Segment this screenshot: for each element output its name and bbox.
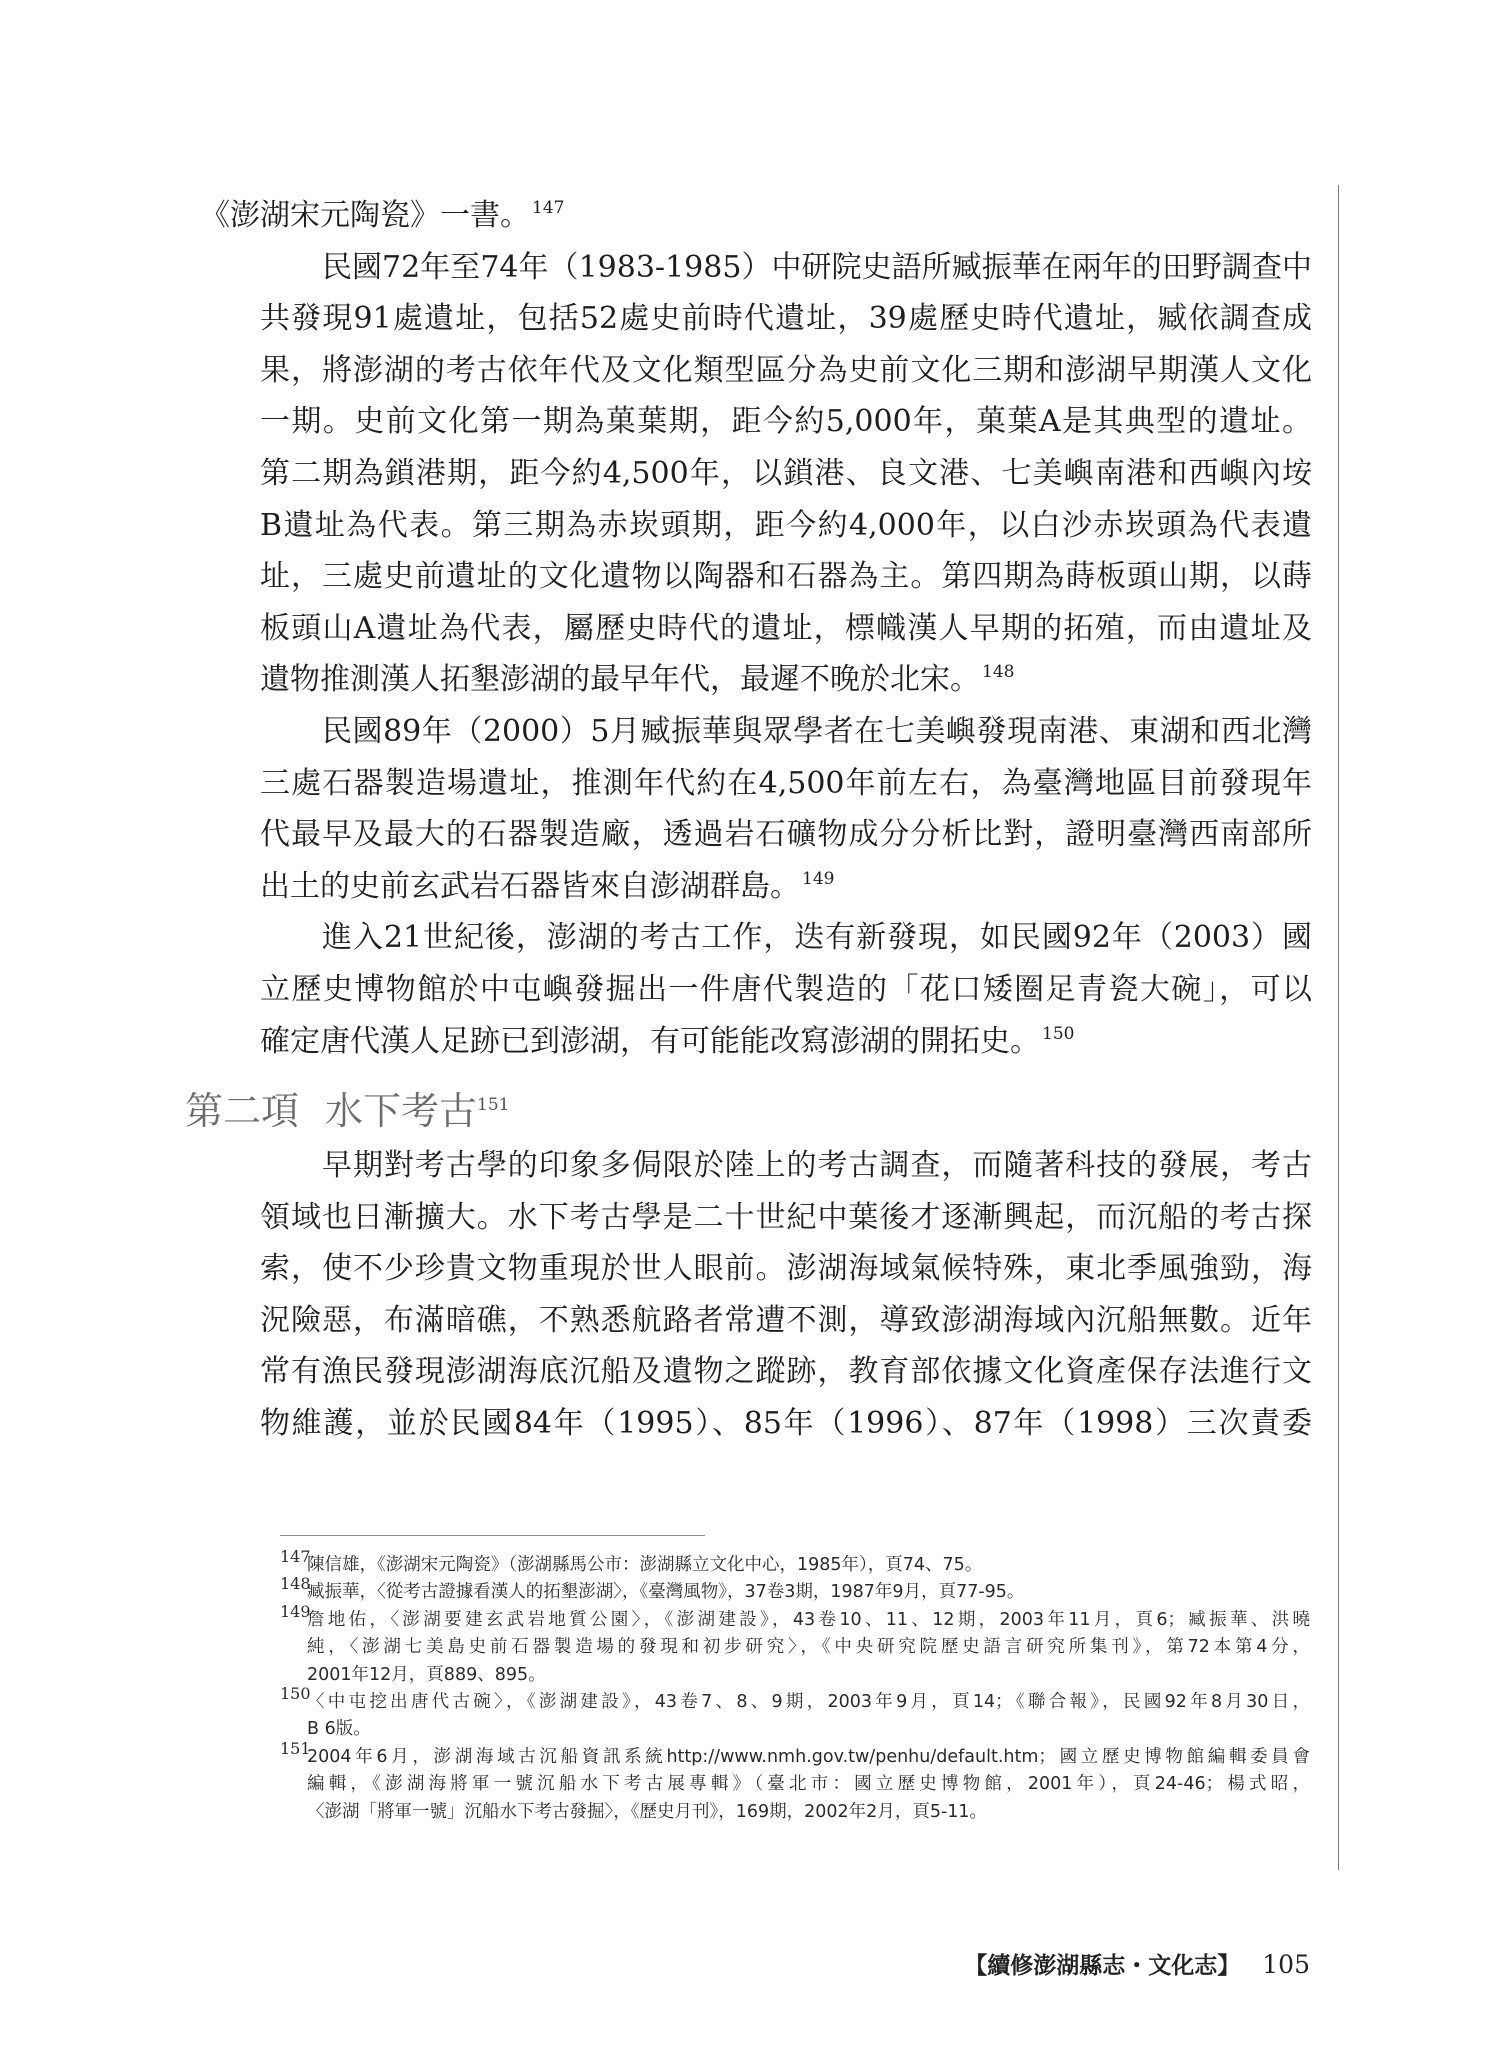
section-heading: 第二項水下考古151 [185,1086,509,1136]
footnote-ref-148[interactable]: 148 [982,662,1014,682]
line-text: 民國72年至74年（1983-1985）中研院史語所臧振華在兩年的田野調查中 [322,250,1312,285]
footnote-ref-151[interactable]: 151 [477,1095,509,1115]
text-line: 代最早及最大的石器製造廠，透過岩石礦物成分分析比對，證明臺灣西南部所 [260,809,1312,861]
footnote-text: 純，〈澎湖七美島史前石器製造場的發現和初步研究〉，《中央研究院歷史語言研究所集刊… [307,1634,1310,1661]
footnote-text: 詹地佑，〈澎湖要建玄武岩地質公園〉，《澎湖建設》，43卷10、11、12期，20… [307,1607,1310,1634]
line-text: B遺址為代表。第三期為赤崁頭期，距今約4,000年，以白沙赤崁頭為代表遺 [260,508,1312,543]
footnote-text: 2004年6月，澎湖海域古沉船資訊系統http://www.nmh.gov.tw… [307,1744,1310,1771]
text-line: 民國72年至74年（1983-1985）中研院史語所臧振華在兩年的田野調查中 [260,242,1312,294]
footnote-text: 編輯，《澎湖海將軍一號沉船水下考古展專輯》（臺北市：國立歷史博物館，2001年）… [307,1771,1310,1798]
text-line: 遺物推測漢人拓墾澎湖的最早年代，最遲不晚於北宋。148 [260,654,1312,706]
margin-rule [1338,185,1339,1870]
footnote-149: 149詹地佑，〈澎湖要建玄武岩地質公園〉，《澎湖建設》，43卷10、11、12期… [280,1607,1310,1689]
text-line: 共發現91處遺址，包括52處史前時代遺址，39處歷史時代遺址，臧依調查成 [260,293,1312,345]
footnote-divider [280,1535,705,1536]
line-text: 出土的史前玄武岩石器皆來自澎湖群島。 [260,869,800,904]
footnote-number: 148 [280,1574,311,1593]
text-line: 果，將澎湖的考古依年代及文化類型區分為史前文化三期和澎湖早期漢人文化 [260,345,1312,397]
line-text: 進入21世紀後，澎湖的考古工作，迭有新發現，如民國92年（2003）國 [322,920,1312,955]
section-2-body: 早期對考古學的印象多侷限於陸上的考古調查，而隨著科技的發展，考古領域也日漸擴大。… [260,1140,1312,1450]
text-line: 板頭山A遺址為代表，屬歷史時代的遺址，標幟漢人早期的拓殖，而由遺址及 [260,603,1312,655]
line-text: 早期對考古學的印象多侷限於陸上的考古調查，而隨著科技的發展，考古 [322,1148,1312,1183]
footnote-text: 陳信雄，《澎湖宋元陶瓷》（澎湖縣馬公市：澎湖縣立文化中心，1985年），頁74、… [307,1552,1310,1579]
text-line: 領域也日漸擴大。水下考古學是二十世紀中葉後才逐漸興起，而沉船的考古探 [260,1192,1312,1244]
text-line: 址，三處史前遺址的文化遺物以陶器和石器為主。第四期為蒔板頭山期，以蒔 [260,551,1312,603]
footnote-ref-150[interactable]: 150 [1042,1024,1074,1044]
line-text: 民國89年（2000）5月臧振華與眾學者在七美嶼發現南港、東湖和西北灣 [322,714,1312,749]
heading-number: 第二項 [185,1089,299,1133]
line-text: 第二期為鎖港期，距今約4,500年，以鎖港、良文港、七美嶼南港和西嶼內垵 [260,456,1312,491]
text-line: B遺址為代表。第三期為赤崁頭期，距今約4,000年，以白沙赤崁頭為代表遺 [260,500,1312,552]
footnote-text: 臧振華，〈從考古證據看漢人的拓墾澎湖〉，《臺灣風物》，37卷3期，1987年9月… [307,1579,1310,1606]
text-line: 進入21世紀後，澎湖的考古工作，迭有新發現，如民國92年（2003）國 [260,912,1312,964]
line-text: 物維護，並於民國84年（1995）、85年（1996）、87年（1998）三次責… [260,1406,1312,1441]
text-line: 況險惡，布滿暗礁，不熟悉航路者常遭不測，導致澎湖海域內沉船無數。近年 [260,1295,1312,1347]
footnote-number: 150 [280,1684,311,1703]
footnote-150: 150〈中屯挖出唐代古碗〉，《澎湖建設》，43卷7、8、9期，2003年9月，頁… [280,1689,1310,1744]
text-line: 出土的史前玄武岩石器皆來自澎湖群島。149 [260,861,1312,913]
line-text: 果，將澎湖的考古依年代及文化類型區分為史前文化三期和澎湖早期漢人文化 [260,353,1312,388]
line-text: 共發現91處遺址，包括52處史前時代遺址，39處歷史時代遺址，臧依調查成 [260,301,1312,336]
footnote-148: 148臧振華，〈從考古證據看漢人的拓墾澎湖〉，《臺灣風物》，37卷3期，1987… [280,1579,1310,1606]
line-text: 三處石器製造場遺址，推測年代約在4,500年前左右，為臺灣地區目前發現年 [260,766,1312,801]
footnote-151: 1512004年6月，澎湖海域古沉船資訊系統http://www.nmh.gov… [280,1744,1310,1826]
line-text: 立歷史博物館於中屯嶼發掘出一件唐代製造的「花口矮圈足青瓷大碗」，可以 [260,972,1312,1007]
footnote-text: B 6版。 [307,1716,1310,1743]
running-title: 【續修澎湖縣志・文化志】 [964,1952,1240,1979]
text-line: 立歷史博物館於中屯嶼發掘出一件唐代製造的「花口矮圈足青瓷大碗」，可以 [260,964,1312,1016]
footnote-number: 151 [280,1739,311,1758]
line-text: 一期。史前文化第一期為菓葉期，距今約5,000年，菓葉A是其典型的遺址。 [260,404,1312,439]
footnote-text: 2001年12月，頁889、895。 [307,1662,1310,1689]
text-line: 第二期為鎖港期，距今約4,500年，以鎖港、良文港、七美嶼南港和西嶼內垵 [260,448,1312,500]
footnote-ref-149[interactable]: 149 [802,869,834,889]
section-1-body: 《澎湖宋元陶瓷》一書。147民國72年至74年（1983-1985）中研院史語所… [260,190,1312,1067]
footnote-ref-147[interactable]: 147 [532,198,564,218]
line-text: 領域也日漸擴大。水下考古學是二十世紀中葉後才逐漸興起，而沉船的考古探 [260,1200,1312,1235]
text-line: 一期。史前文化第一期為菓葉期，距今約5,000年，菓葉A是其典型的遺址。 [260,396,1312,448]
footnote-text: 〈中屯挖出唐代古碗〉，《澎湖建設》，43卷7、8、9期，2003年9月，頁14；… [307,1689,1310,1716]
line-text: 況險惡，布滿暗礁，不熟悉航路者常遭不測，導致澎湖海域內沉船無數。近年 [260,1303,1312,1338]
line-text: 常有漁民發現澎湖海底沉船及遺物之蹤跡，教育部依據文化資產保存法進行文 [260,1354,1312,1389]
footnote-text: 〈澎湖「將軍一號」沉船水下考古發掘〉，《歷史月刊》，169期，2002年2月，頁… [307,1799,1310,1826]
text-line: 物維護，並於民國84年（1995）、85年（1996）、87年（1998）三次責… [260,1398,1312,1450]
footnote-147: 147陳信雄，《澎湖宋元陶瓷》（澎湖縣馬公市：澎湖縣立文化中心，1985年），頁… [280,1552,1310,1579]
text-line: 索，使不少珍貴文物重現於世人眼前。澎湖海域氣候特殊，東北季風強勁，海 [260,1243,1312,1295]
line-text: 索，使不少珍貴文物重現於世人眼前。澎湖海域氣候特殊，東北季風強勁，海 [260,1251,1312,1286]
text-line: 三處石器製造場遺址，推測年代約在4,500年前左右，為臺灣地區目前發現年 [260,758,1312,810]
heading-title: 水下考古 [325,1089,477,1133]
page-number: 105 [1262,1950,1310,1979]
line-text: 《澎湖宋元陶瓷》一書。 [200,198,530,233]
footnote-number: 149 [280,1602,311,1621]
footnote-number: 147 [280,1547,311,1566]
line-text: 確定唐代漢人足跡已到澎湖，有可能能改寫澎湖的開拓史。 [260,1024,1040,1059]
footnotes: 147陳信雄，《澎湖宋元陶瓷》（澎湖縣馬公市：澎湖縣立文化中心，1985年），頁… [280,1552,1310,1826]
text-line: 早期對考古學的印象多侷限於陸上的考古調查，而隨著科技的發展，考古 [260,1140,1312,1192]
line-text: 板頭山A遺址為代表，屬歷史時代的遺址，標幟漢人早期的拓殖，而由遺址及 [260,611,1312,646]
text-line: 常有漁民發現澎湖海底沉船及遺物之蹤跡，教育部依據文化資產保存法進行文 [260,1346,1312,1398]
text-line: 民國89年（2000）5月臧振華與眾學者在七美嶼發現南港、東湖和西北灣 [260,706,1312,758]
text-line: 《澎湖宋元陶瓷》一書。147 [200,190,1312,242]
line-text: 遺物推測漢人拓墾澎湖的最早年代，最遲不晚於北宋。 [260,662,980,697]
line-text: 代最早及最大的石器製造廠，透過岩石礦物成分分析比對，證明臺灣西南部所 [260,817,1312,852]
line-text: 址，三處史前遺址的文化遺物以陶器和石器為主。第四期為蒔板頭山期，以蒔 [260,559,1312,594]
page-footer: 【續修澎湖縣志・文化志】105 [964,1945,1310,1986]
text-line: 確定唐代漢人足跡已到澎湖，有可能能改寫澎湖的開拓史。150 [260,1016,1312,1068]
